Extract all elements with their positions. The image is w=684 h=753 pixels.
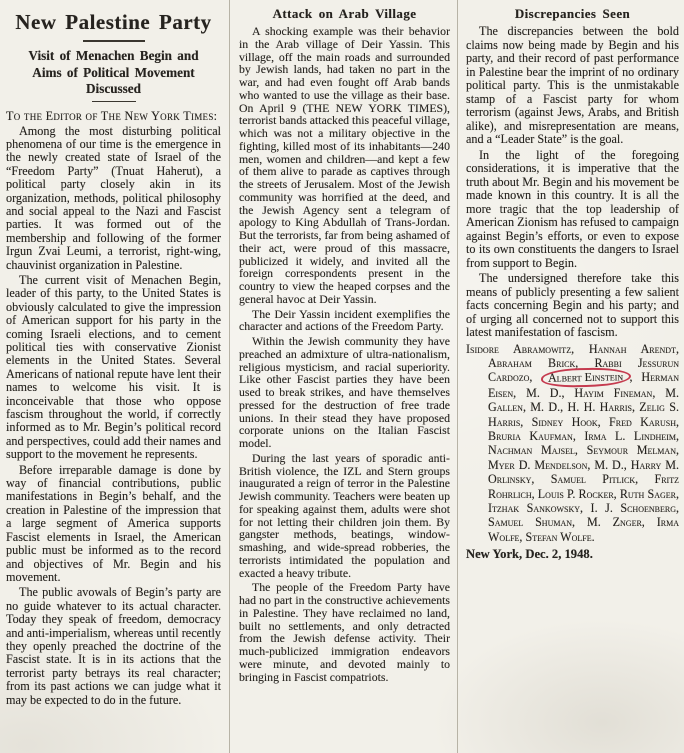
paragraph: The public avowals of Begin’s party are …: [6, 586, 221, 707]
paragraph: The Deir Yassin incident exemplifies the…: [239, 308, 450, 334]
paragraph: In the light of the foregoing considerat…: [466, 149, 679, 271]
paragraph: Within the Jewish community they have pr…: [239, 335, 450, 450]
circled-name-albert-einstein: Albert Einstein: [548, 370, 623, 386]
signatories-list: Isidore Abramowitz, Hannah Arendt, Abrah…: [466, 342, 679, 545]
signatories-after: , Herman Eisen, M. D., Hayim Fineman, M.…: [488, 370, 679, 543]
paragraph: The undersigned therefore take this mean…: [466, 272, 679, 340]
paragraph: Among the most disturbing political phen…: [6, 125, 221, 272]
paragraph: Before irreparable damage is done by way…: [6, 464, 221, 585]
paragraph: The current visit of Menachen Begin, lea…: [6, 274, 221, 462]
paragraph: During the last years of sporadic anti-B…: [239, 452, 450, 580]
paragraph: A shocking example was their behavior in…: [239, 25, 450, 306]
headline-divider: [83, 40, 145, 42]
section-heading-discrepancies: Discrepancies Seen: [466, 6, 679, 22]
paragraph: The people of the Freedom Party have had…: [239, 581, 450, 683]
middle-column: Attack on Arab Village A shocking exampl…: [229, 0, 458, 753]
right-column: Discrepancies Seen The discrepancies bet…: [458, 0, 684, 753]
paragraph: The discrepancies between the bold claim…: [466, 25, 679, 147]
subhead: Visit of Menachen Begin and Aims of Poli…: [16, 48, 211, 98]
section-heading-attack: Attack on Arab Village: [239, 6, 450, 22]
headline: New Palestine Party: [6, 10, 221, 35]
left-column: New Palestine Party Visit of Menachen Be…: [0, 0, 229, 753]
newspaper-clipping: New Palestine Party Visit of Menachen Be…: [0, 0, 684, 753]
subhead-divider: [92, 101, 136, 102]
dateline: New York, Dec. 2, 1948.: [466, 547, 679, 562]
salutation: To the Editor of The New York Times:: [6, 109, 221, 124]
